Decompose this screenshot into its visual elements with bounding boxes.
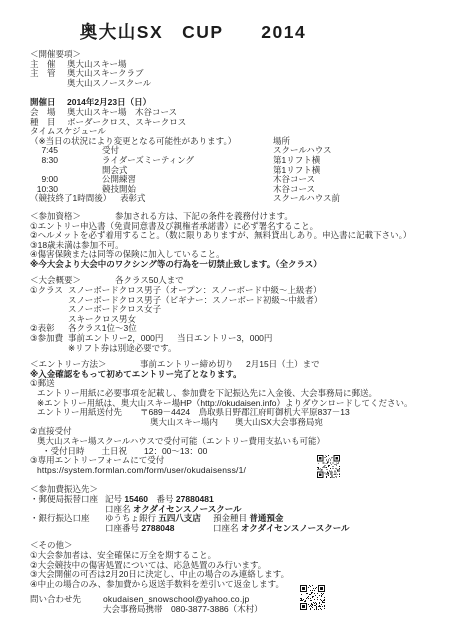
contact-email-row: okudaisen_snowschool@yahoo.co.jp bbox=[103, 595, 263, 605]
section-other: ＜その他＞ ①大会参加者は、安全確保に万全を期すること。 ②大会競技中の傷害処置… bbox=[30, 541, 426, 589]
bank-account-row2: 口座番号 2788048 口座名 オクダイセンスノースクール bbox=[30, 524, 426, 534]
bank-branch: 五四八支店 bbox=[158, 513, 201, 523]
bank-account-name-label: 口座名 bbox=[213, 524, 239, 534]
contact-details: okudaisen_snowschool@yahoo.co.jp 大会事務局携帯… bbox=[103, 595, 263, 614]
contact-label: 問い合わせ先 bbox=[30, 595, 103, 614]
waxing-ban-warning: ※今大会より大会中のワクシング等の行為を一切禁止致します。（全クラス） bbox=[30, 260, 426, 270]
bank-account-number: 2788048 bbox=[141, 523, 174, 533]
awards-time-note: （競技終了1時間後） bbox=[30, 194, 120, 204]
section-outline: ＜開催要項＞ 主 催 奥大山スキー場 主 管 奥大山スキークラブ 奥大山スノース… bbox=[30, 50, 426, 88]
management-label: 主 管 bbox=[30, 69, 67, 79]
entry-form-url-row: https://system.formlan.com/form/user/oku… bbox=[37, 466, 426, 476]
schedule-time: 8:30 bbox=[30, 156, 58, 166]
schedule-row: 開会式 第1リフト横 bbox=[30, 166, 426, 176]
section-overview: ＜大会概要＞ 各クラス50人まで ①クラス スノーボードクロス男子（オープン：ス… bbox=[30, 276, 426, 353]
fee-note-row: ※リフト券は別途必要です。 bbox=[30, 344, 426, 354]
page-title: 奥大山SX CUP 2014 bbox=[30, 22, 426, 42]
section-payment: ＜参加費振込先＞ ・郵便局振替口座 記号 15460 番号 27880481 口… bbox=[30, 485, 426, 533]
schedule-note: （※当日の状況により変更となる可能性があります。） bbox=[30, 137, 273, 147]
class-list-row: ①クラス スノーボードクロス男子（オープン：スノーボード中級～上級者） スノーボ… bbox=[30, 286, 426, 324]
management-label-2 bbox=[30, 79, 67, 89]
mail-address-line2: 奥大山スキー場内 奥大山SX大会事務局宛 bbox=[150, 418, 426, 428]
management-row-2: 奥大山スノースクール bbox=[30, 79, 426, 89]
lift-ticket-note: ※リフト券は別途必要です。 bbox=[68, 344, 176, 354]
schedule-row: 9:00 公開練習 木谷コース bbox=[30, 175, 426, 185]
event-flyer-page: 奥大山SX CUP 2014 ＜開催要項＞ 主 催 奥大山スキー場 主 管 奥大… bbox=[0, 0, 452, 640]
contact-qr-code-icon bbox=[300, 585, 325, 610]
schedule-row: 8:30 ライダーズミーティング 第1リフト横 bbox=[30, 156, 426, 166]
class-list: スノーボードクロス男子（オープン：スノーボード中級～上級者） スノーボードクロス… bbox=[68, 286, 322, 324]
schedule-row: 7:45 受付 スクールハウス bbox=[30, 146, 426, 156]
bank-account-number-group: 口座番号 2788048 bbox=[105, 524, 213, 534]
awards-place: スクールハウス前 bbox=[273, 194, 340, 204]
deadline-value: 2月15日（土）まで bbox=[246, 359, 320, 369]
section-qualification: ＜参加資格＞ 参加される方は、下記の条件を義務付けます。 ①エントリー申込書（免… bbox=[30, 212, 426, 270]
contact-row: 問い合わせ先 okudaisen_snowschool@yahoo.co.jp … bbox=[30, 595, 426, 614]
awards-item: 表彰式 bbox=[120, 194, 273, 204]
entry-form-qr-code-icon bbox=[317, 455, 340, 478]
fee-sameday: 当日エントリー3，000円 bbox=[177, 334, 272, 344]
postal-account-label: ・郵便局振替口座 bbox=[30, 495, 105, 505]
schedule-note-row: （※当日の状況により変更となる可能性があります。） 場所 bbox=[30, 137, 426, 147]
management-value-2: 奥大山スノースクール bbox=[67, 79, 151, 89]
section-event-info: 開催日 2014年2月23日（日） 会 場 奥大山スキー場 木谷コース 種 目 … bbox=[30, 98, 426, 204]
fee-label: ③参加費 bbox=[30, 334, 68, 344]
bank-name: ゆうちょ銀行 bbox=[105, 513, 156, 523]
section-contact: 問い合わせ先 okudaisen_snowschool@yahoo.co.jp … bbox=[30, 595, 426, 614]
fee-note-indent bbox=[30, 344, 68, 354]
contact-phone: 大会事務局携帯 080-3877-3886（木村） bbox=[103, 605, 263, 615]
bank-account-number-label: 口座番号 bbox=[105, 523, 139, 533]
other-item: ④中止の場合のみ、参加費から返送手数料を差引いて返金します。 bbox=[30, 580, 426, 590]
entry-form-url: https://system.formlan.com/form/user/oku… bbox=[37, 465, 246, 475]
class-label: ①クラス bbox=[30, 286, 68, 324]
section-entry-method: ＜エントリー方法＞事前エントリー締め切り2月15日（土）まで ※入金確認をもって… bbox=[30, 360, 426, 475]
schedule-row-awards: （競技終了1時間後） 表彰式 スクールハウス前 bbox=[30, 194, 426, 204]
payment-confirmation-warning: ※入金確認をもって初めてエントリー完了となります。 bbox=[30, 370, 426, 380]
bank-account-name: オクダイセンスノースクール bbox=[241, 524, 350, 534]
mail-address-label: エントリー用紙送付先 bbox=[37, 408, 140, 418]
contact-email: okudaisen_snowschool@yahoo.co.jp bbox=[103, 594, 249, 604]
bank-account-label: ・銀行振込口座 bbox=[30, 514, 105, 524]
bank-row2-indent bbox=[30, 524, 105, 534]
